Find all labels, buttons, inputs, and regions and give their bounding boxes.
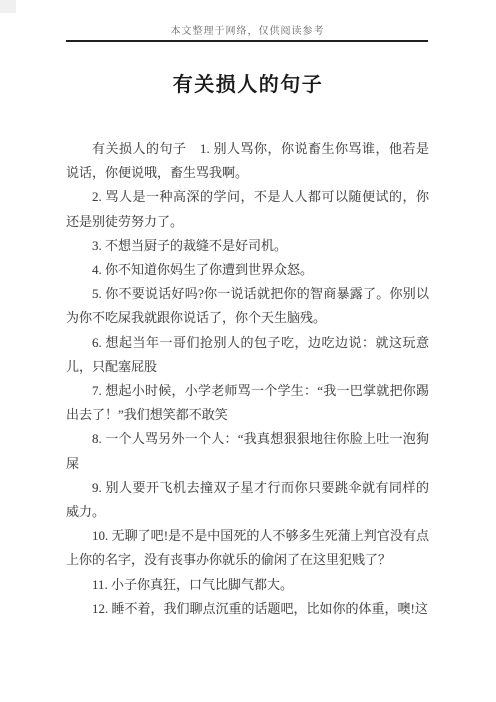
paragraph-5: 5. 你不要说话好吗?你一说话就把你的智商暴露了。你别以为你不吃屎我就跟你说话了… <box>66 282 429 330</box>
paragraph-10: 10. 无聊了吧!是不是中国死的人不够多生死蒲上判官没有点上你的名字，没有丧事办… <box>66 524 429 572</box>
paragraph-4: 4. 你不知道你妈生了你遭到世界众怒。 <box>66 258 429 282</box>
paragraph-11: 11. 小子你真狂，口气比脚气都大。 <box>66 573 429 597</box>
paragraph-3: 3. 不想当厨子的裁缝不是好司机。 <box>66 234 429 258</box>
paragraph-6: 6. 想起当年一哥们抢别人的包子吃，边吃边说：就这玩意儿，只配塞屁股 <box>66 331 429 379</box>
paragraph-9: 9. 别人要开飞机去撞双子星才行而你只要跳伞就有同样的威力。 <box>66 476 429 524</box>
scan-corner-artifact <box>0 0 16 13</box>
paragraph-8: 8. 一个人骂另外一个人：“我真想狠狠地往你脸上吐一泡狗屎 <box>66 427 429 475</box>
paragraph-2: 2. 骂人是一种高深的学问，不是人人都可以随便试的，你还是别徒劳努力了。 <box>66 185 429 233</box>
paragraph-7: 7. 想起小时候，小学老师骂一个学生：“我一巴掌就把你踢出去了！”我们想笑都不敢… <box>66 379 429 427</box>
header-note: 本文整理于网络，仅供阅读参考 <box>66 22 429 37</box>
header-rule <box>66 40 428 42</box>
page-title: 有关损人的句子 <box>0 68 496 97</box>
paragraph-12: 12. 睡不着，我们聊点沉重的话题吧，比如你的体重，噢!这 <box>66 597 429 621</box>
document-page: 本文整理于网络，仅供阅读参考 有关损人的句子 有关损人的句子 1. 别人骂你，你… <box>0 0 496 702</box>
paragraph-1: 有关损人的句子 1. 别人骂你，你说畜生你骂谁，他若是说话，你便说哦，畜生骂我啊… <box>66 137 429 185</box>
document-body: 有关损人的句子 1. 别人骂你，你说畜生你骂谁，他若是说话，你便说哦，畜生骂我啊… <box>66 137 429 627</box>
